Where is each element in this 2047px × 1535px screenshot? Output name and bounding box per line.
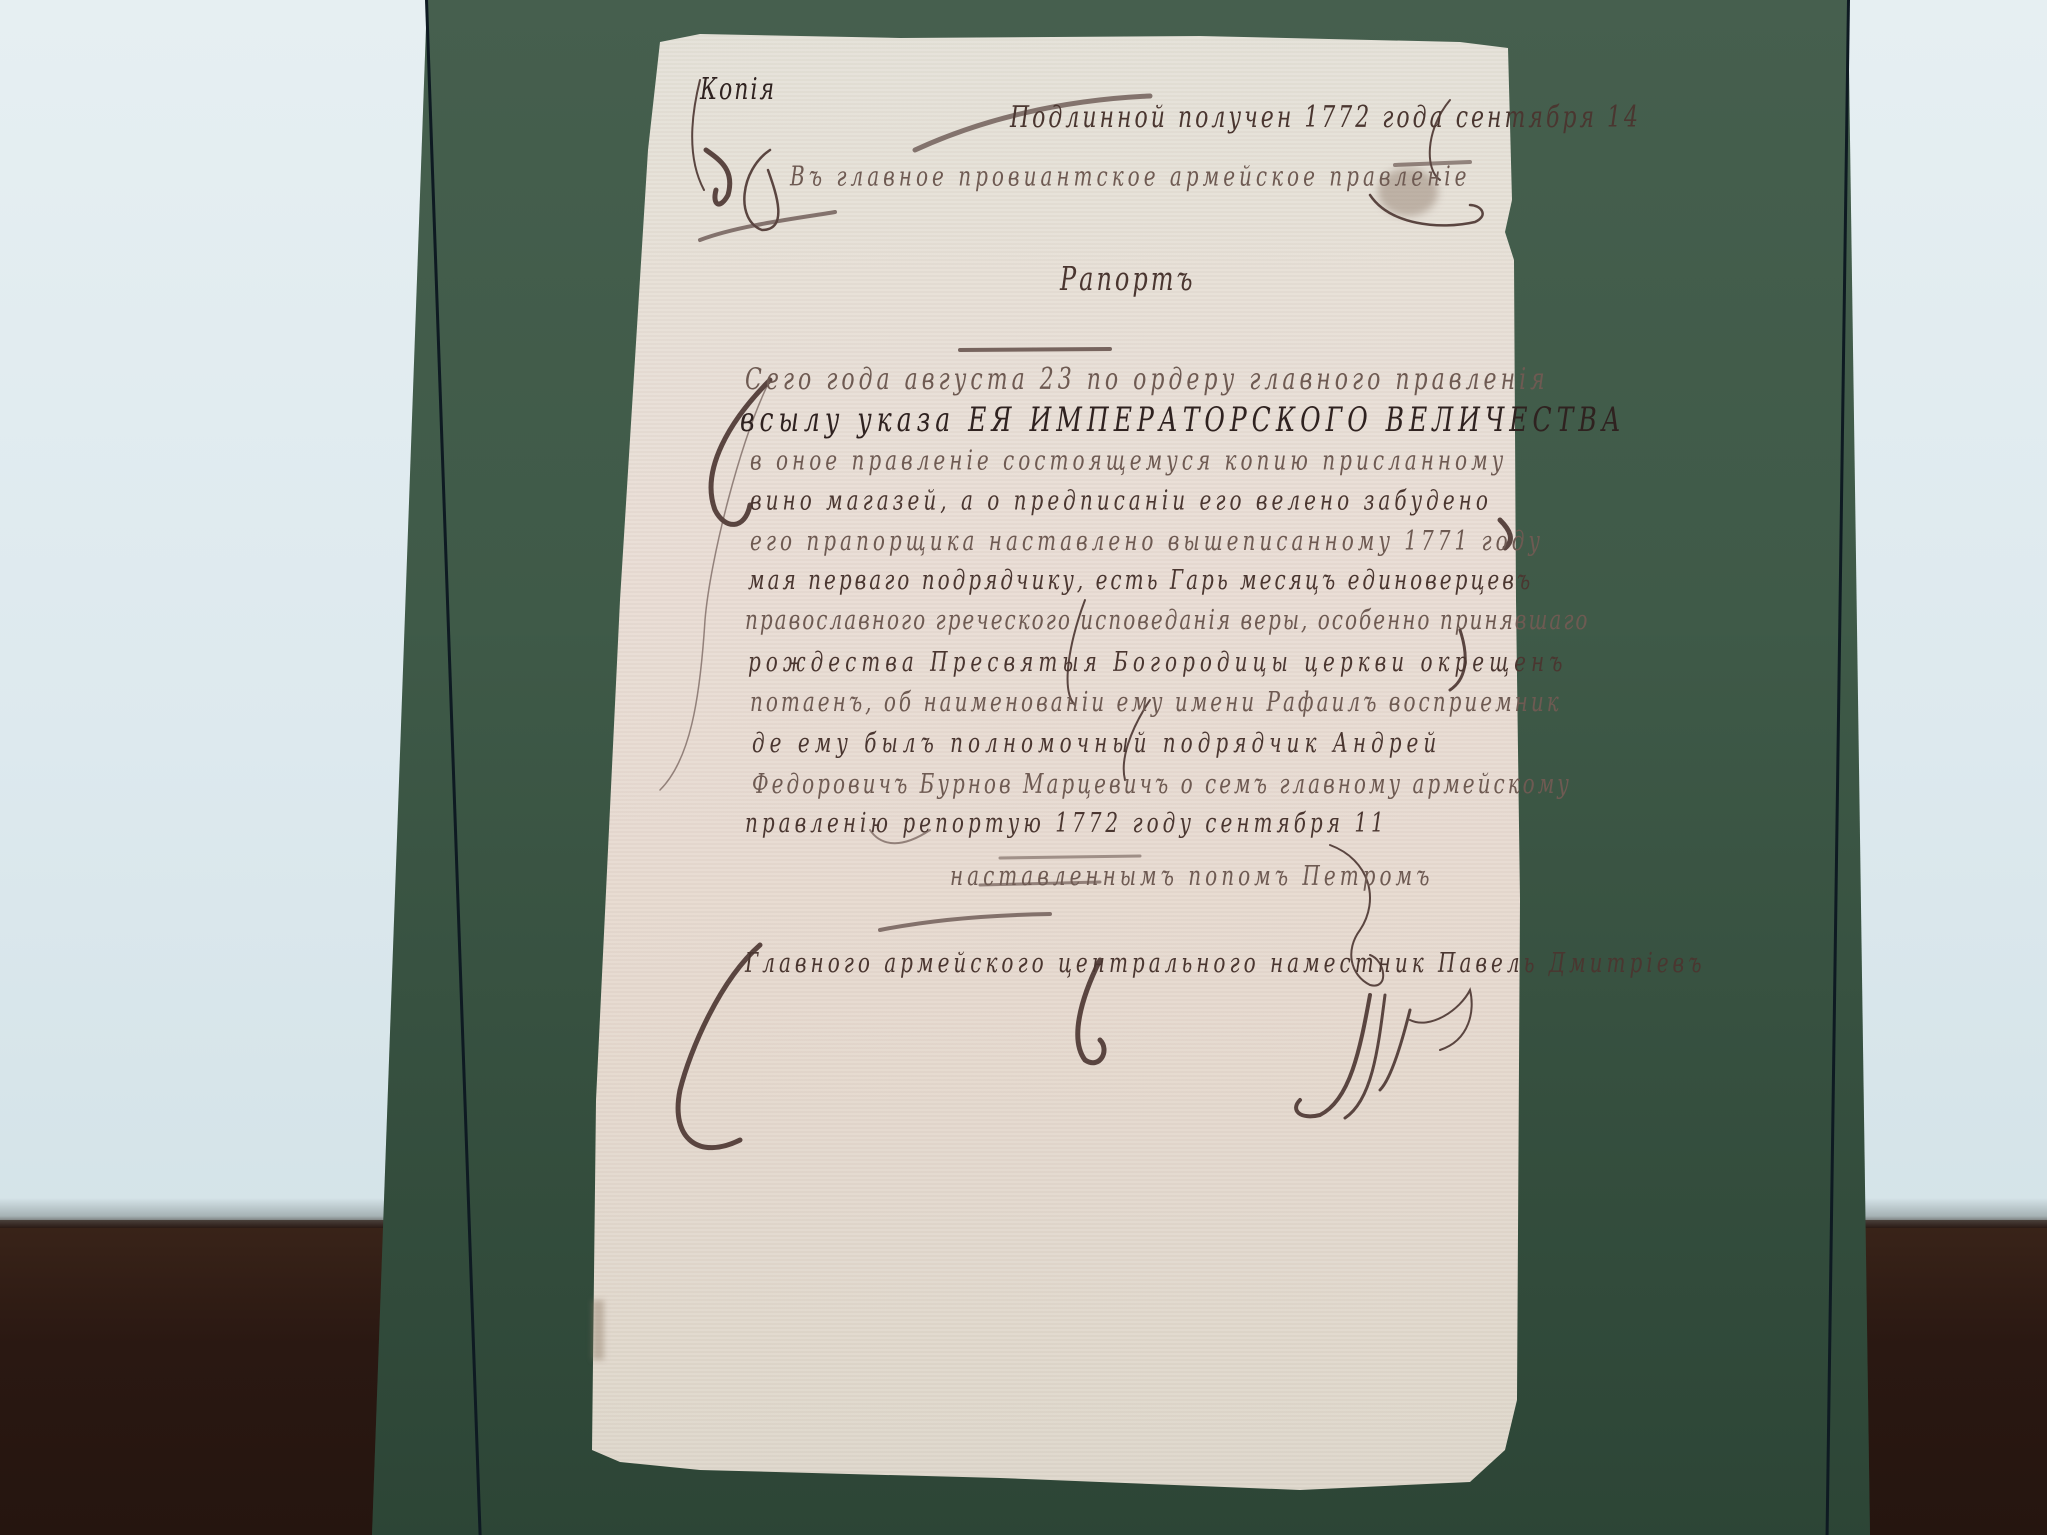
body-line-3: в оное правленiе состоящемуся копию прис…: [750, 444, 1507, 476]
signature-line: Главного армейского центрального наместн…: [745, 947, 1706, 979]
body-line-1: Сего года августа 23 по ордеру главного …: [745, 363, 1549, 397]
witness-line: наставленнымъ попомъ Петромъ: [950, 860, 1433, 892]
body-line-12: правленiю репортую 1772 году сентября 11: [745, 807, 1388, 839]
receipt-date-line: Подлинной получен 1772 года сентября 14: [1010, 101, 1641, 135]
addressee-line: Въ главное провиантское армейское правле…: [790, 160, 1471, 192]
paper-stain: [592, 1300, 604, 1360]
body-line-4: вино магазей, а о предписанiи его велено…: [750, 484, 1492, 516]
body-line-9: потаенъ, об наименованiи ему имени Рафаи…: [750, 686, 1562, 718]
body-line-8: рождества Пресвятыя Богородицы церкви ок…: [748, 646, 1567, 678]
body-line-7: православного греческого исповеданiя вер…: [745, 604, 1589, 636]
body-line-11: Федоровичъ Бурнов Марцевичъ о семъ главн…: [752, 768, 1572, 800]
document-title: Рапортъ: [1060, 260, 1195, 298]
body-line-10: де ему былъ полномочный подрядчик Андрей: [752, 727, 1441, 759]
margin-note: Копiя: [700, 73, 776, 107]
body-line-5: его прапорщика наставлено вышеписанному …: [750, 525, 1544, 557]
body-line-6: мая перваго подрядчику, есть Гарь месяцъ…: [748, 564, 1533, 596]
body-line-2: всылу указа ЕЯ ИМПЕРАТОРСКОГО ВЕЛИЧЕСТВА: [740, 400, 1626, 439]
